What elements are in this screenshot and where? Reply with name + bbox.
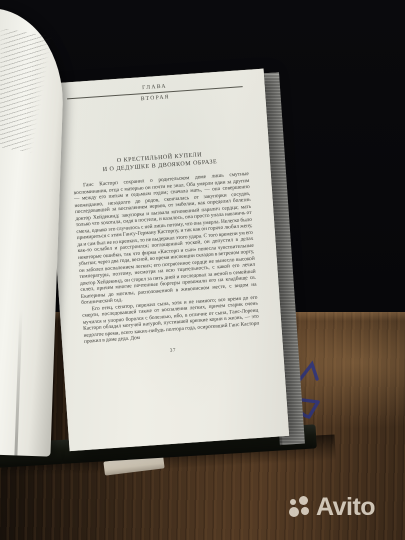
book-page: ГЛАВА ВТОРАЯ О КРЕСТИЛЬНОЙ КУПЕЛИ И О ДЕ…	[44, 69, 289, 451]
avito-logo-icon	[289, 495, 312, 519]
photo-scene: ГЛАВА ВТОРАЯ О КРЕСТИЛЬНОЙ КУПЕЛИ И О ДЕ…	[0, 0, 405, 540]
avito-wordmark: Avito	[316, 495, 375, 519]
body-text: Ганс Касторп сохранил о родительском дом…	[73, 171, 260, 345]
turning-page-text-blur	[0, 27, 53, 153]
avito-watermark: Avito	[289, 495, 375, 519]
page-number: 37	[85, 341, 261, 359]
page-content: ГЛАВА ВТОРАЯ О КРЕСТИЛЬНОЙ КУПЕЛИ И О ДЕ…	[67, 78, 261, 359]
body-paragraph: Ганс Касторп сохранил о родительском дом…	[73, 171, 257, 306]
page-crease	[14, 309, 22, 455]
